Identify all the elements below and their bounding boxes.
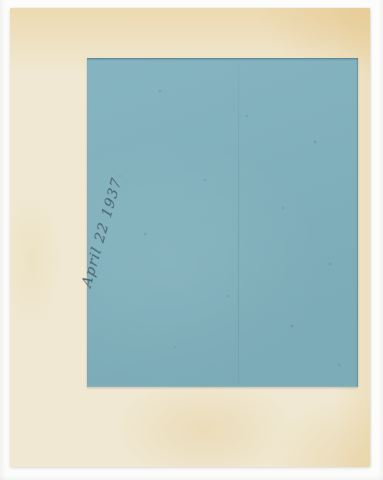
backing-paper: April 22 1937 [10,8,370,467]
scan-background: April 22 1937 [0,0,383,480]
fold-line [238,62,239,384]
handwritten-date: April 22 1937 [78,175,126,290]
blue-paper: April 22 1937 [87,58,358,387]
